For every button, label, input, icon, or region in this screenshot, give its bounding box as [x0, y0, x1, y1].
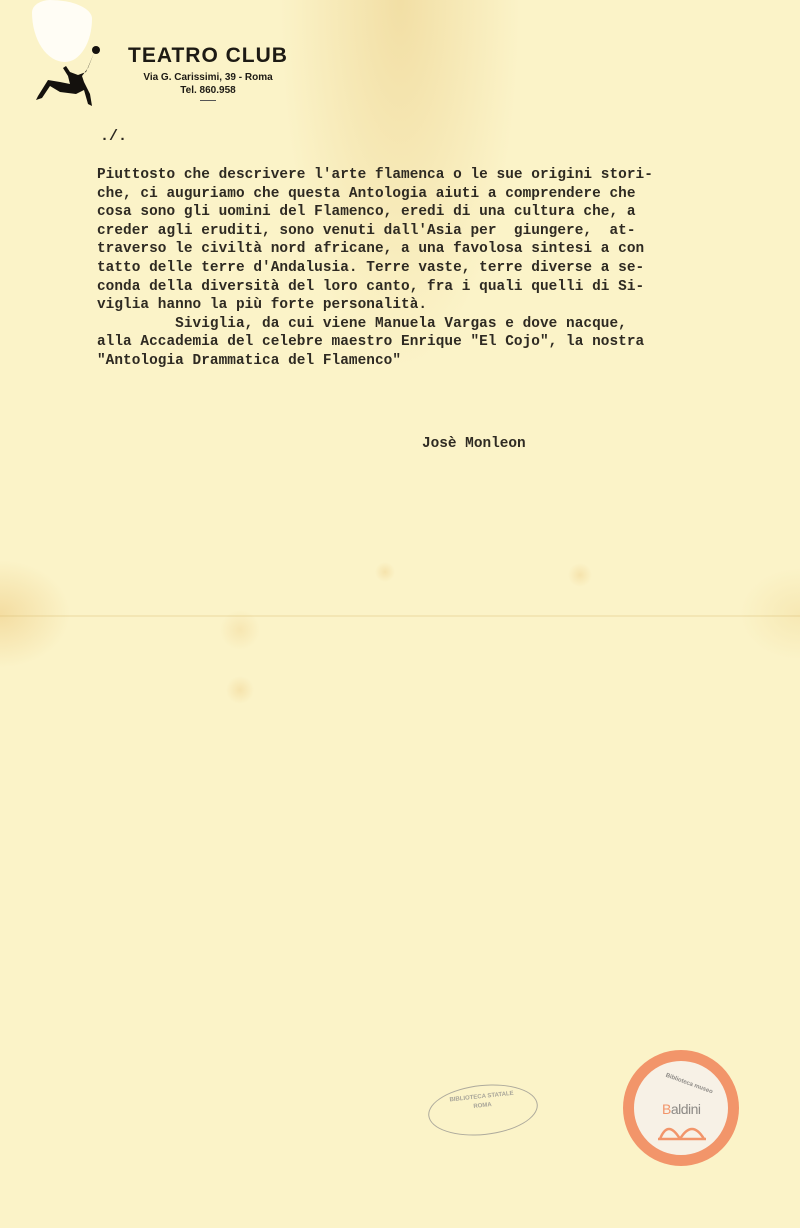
- letter-line: tatto delle terre d'Andalusia. Terre vas…: [97, 259, 737, 278]
- signature: Josè Monleon: [422, 436, 526, 452]
- badge-name-rest: aldini: [671, 1101, 701, 1117]
- letter-line: che, ci auguriamo che questa Antologia a…: [97, 185, 737, 204]
- letter-line: alla Accademia del celebre maestro Enriq…: [97, 333, 737, 352]
- reference-mark: ./.: [100, 128, 127, 145]
- letter-body: Piuttosto che descrivere l'arte flamenca…: [97, 166, 737, 371]
- dancer-logo-icon: [30, 42, 102, 114]
- letter-line: viglia hanno la più forte personalità.: [97, 296, 737, 315]
- badge-name: Baldini: [662, 1101, 701, 1117]
- badge-small-text: Biblioteca museo: [664, 1073, 713, 1097]
- library-stamp: BIBLIOTECA STATALE ROMA: [426, 1079, 541, 1140]
- letterhead-rule: [200, 100, 216, 101]
- letter-line: "Antologia Drammatica del Flamenco": [97, 352, 737, 371]
- library-badge: Biblioteca museo Baldini: [623, 1050, 739, 1166]
- paper-fold-line: [0, 615, 800, 617]
- letter-line: creder agli eruditi, sono venuti dall'As…: [97, 222, 737, 241]
- badge-name-initial: B: [662, 1101, 671, 1117]
- letter-line: Siviglia, da cui viene Manuela Vargas e …: [97, 315, 737, 334]
- letterhead-name: TEATRO CLUB: [128, 44, 288, 68]
- open-book-icon: [656, 1117, 708, 1141]
- letter-line: cosa sono gli uomini del Flamenco, eredi…: [97, 203, 737, 222]
- letterhead-phone: Tel. 860.958: [128, 84, 288, 97]
- letterhead-address: Via G. Carissimi, 39 - Roma: [128, 71, 288, 84]
- letterhead: TEATRO CLUB Via G. Carissimi, 39 - Roma …: [128, 44, 288, 101]
- letter-line: conda della diversità del loro canto, fr…: [97, 278, 737, 297]
- letter-line: Piuttosto che descrivere l'arte flamenca…: [97, 166, 737, 185]
- letter-line: traverso le civiltà nord africane, a una…: [97, 240, 737, 259]
